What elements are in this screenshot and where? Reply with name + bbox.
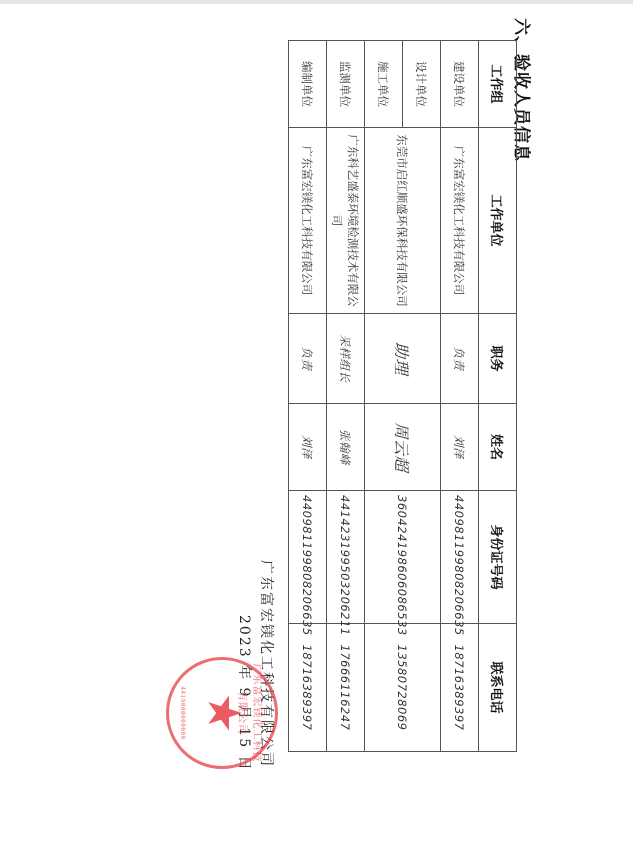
company-seal: 广东富宏镁化工科技有限公司 ★ 4419000000000 (166, 657, 278, 769)
acceptance-personnel-table: 工作组 工作单位 职务 姓名 身份证号码 联系电话 建设单位 广东富宏镁化工科技… (288, 40, 517, 752)
cell-phone: 18716389397 (289, 624, 327, 752)
cell-unit: 广东科艺盛泰环境检测技术有限公司 (327, 128, 365, 314)
header-id-number: 身份证号码 (479, 491, 517, 624)
cell-group: 建设单位 (441, 41, 479, 128)
header-unit: 工作单位 (479, 128, 517, 314)
cell-unit: 东莞市启红顺盛环保科技有限公司 (365, 128, 441, 314)
cell-position-signature: 助理 (365, 314, 441, 404)
cell-phone: 18716389397 (441, 624, 479, 752)
cell-unit: 广东富宏镁化工科技有限公司 (289, 128, 327, 314)
cell-name: 刘泽 (289, 404, 327, 491)
cell-name: 刘泽 (441, 404, 479, 491)
cell-id-number: 360424198606086533 (365, 491, 441, 624)
cell-position: 负责 (441, 314, 479, 404)
cell-id-number: 441423199503206211 (327, 491, 365, 624)
seal-serial: 4419000000000 (179, 660, 186, 766)
cell-group: 设计单位 (403, 41, 441, 128)
table-header-row: 工作组 工作单位 职务 姓名 身份证号码 联系电话 (479, 41, 517, 752)
cell-name: 张翰峰 (327, 404, 365, 491)
cell-id-number: 440981199808206635 (289, 491, 327, 624)
cell-group: 监测单位 (327, 41, 365, 128)
cell-id-number: 440981199808206635 (441, 491, 479, 624)
header-group: 工作组 (479, 41, 517, 128)
cell-group: 编制单位 (289, 41, 327, 128)
table-row: 编制单位 广东富宏镁化工科技有限公司 负责 刘泽 440981199808206… (289, 41, 327, 752)
star-icon: ★ (201, 692, 247, 733)
rotated-document-page: 六、验收人员信息 工作组 工作单位 职务 姓名 身份证号码 联系电话 建设单位 … (0, 0, 633, 844)
cell-phone: 17666116247 (327, 624, 365, 752)
table-row: 建设单位 广东富宏镁化工科技有限公司 负责 刘泽 440981199808206… (441, 41, 479, 752)
cell-group: 施工单位 (365, 41, 403, 128)
cell-phone: 13580728069 (365, 624, 441, 752)
table-row: 监测单位 广东科艺盛泰环境检测技术有限公司 采样组长 张翰峰 441423199… (327, 41, 365, 752)
header-name: 姓名 (479, 404, 517, 491)
header-position: 职务 (479, 314, 517, 404)
cell-name: 周云超 (365, 404, 441, 491)
cell-position: 采样组长 (327, 314, 365, 404)
cell-unit: 广东富宏镁化工科技有限公司 (441, 128, 479, 314)
table-row: 设计单位 东莞市启红顺盛环保科技有限公司 助理 周云超 360424198606… (403, 41, 441, 752)
header-phone: 联系电话 (479, 624, 517, 752)
cell-position: 负责 (289, 314, 327, 404)
